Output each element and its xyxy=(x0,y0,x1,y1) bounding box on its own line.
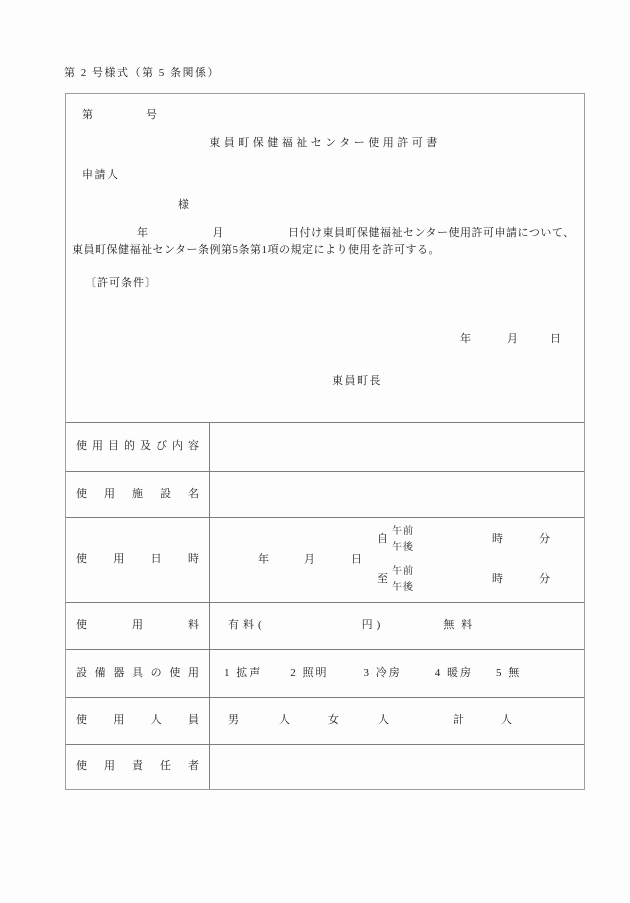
datetime-day: 日 xyxy=(351,553,362,565)
doc-number-line: 第号 xyxy=(82,109,158,122)
permit-paragraph: 年月日付け東員町保健福祉センター使用許可申請について、 東員町保健福祉センター条… xyxy=(72,225,580,259)
purpose-label: 使用目的及び内容 xyxy=(76,440,199,453)
people-female-unit: 人 xyxy=(378,714,389,727)
permit-box: 第号 東員町保健福祉センター使用許可書 申請人 様 年月日付け東員町保健福祉セン… xyxy=(65,93,585,790)
paragraph-line-2: 東員町保健福祉センター条例第5条第1項の規定により使用を許可する。 xyxy=(72,242,580,259)
equipment-option-2: 2 照明 xyxy=(290,667,328,680)
facility-label: 使用施設名 xyxy=(76,488,199,501)
people-male-unit: 人 xyxy=(279,714,290,727)
equipment-label: 設備器具の使用 xyxy=(76,667,199,680)
people-total-label: 計 xyxy=(453,714,464,727)
fee-value: 有料( 円) 無 料 xyxy=(210,603,584,649)
table-row-fee: 使用料 有料( 円) 無 料 xyxy=(66,602,584,649)
paragraph-line-1-text: 日付け東員町保健福祉センター使用許可申請について、 xyxy=(288,227,575,239)
paragraph-line-1: 年月日付け東員町保健福祉センター使用許可申請について、 xyxy=(72,225,580,242)
from-minute-label: 分 xyxy=(539,533,550,546)
doc-number-suffix: 号 xyxy=(146,109,158,121)
equipment-value: 1 拡声 2 照明 3 冷房 4 暖房 5 無 xyxy=(210,650,584,697)
to-hour-label: 時 xyxy=(492,573,503,586)
people-value: 男 人 女 人 計 人 xyxy=(210,698,584,744)
table-row-datetime: 使用日時 年月日 自 午前 午後 時 分 至 xyxy=(66,517,584,602)
equipment-option-4: 4 暖房 xyxy=(435,667,473,680)
table-row-equipment: 設備器具の使用 1 拡声 2 照明 3 冷房 4 暖房 5 無 xyxy=(66,649,584,697)
datetime-label: 使用日時 xyxy=(76,553,199,566)
equipment-option-3: 3 冷房 xyxy=(364,667,402,680)
to-minute-label: 分 xyxy=(539,573,550,586)
people-label: 使用人員 xyxy=(76,714,199,727)
fee-free-option: 無 料 xyxy=(443,619,474,632)
issue-date-line: 年月日 xyxy=(460,333,561,346)
blank-month: 月 xyxy=(213,227,225,239)
responsible-value xyxy=(210,745,584,789)
applicant-label: 申請人 xyxy=(82,169,120,182)
purpose-value xyxy=(210,423,584,471)
permit-document-page: 第 2 号様式（第 5 条関係） 第号 東員町保健福祉センター使用許可書 申請人… xyxy=(0,0,630,903)
to-marker: 至 xyxy=(377,573,388,586)
fee-label: 使用料 xyxy=(76,619,199,632)
datetime-month: 月 xyxy=(304,553,315,565)
issue-date-month: 月 xyxy=(507,333,518,345)
from-marker: 自 xyxy=(377,533,388,546)
from-pm: 午後 xyxy=(392,542,414,553)
to-ampm: 午前 午後 xyxy=(392,564,414,596)
datetime-year: 年 xyxy=(258,553,269,565)
datetime-date-blanks: 年月日 xyxy=(258,553,362,566)
datetime-value: 年月日 自 午前 午後 時 分 至 午前 xyxy=(210,518,584,602)
from-ampm: 午前 午後 xyxy=(392,524,414,556)
doc-number-prefix: 第 xyxy=(82,109,94,121)
to-pm: 午後 xyxy=(392,582,414,593)
issue-date-day: 日 xyxy=(550,333,561,345)
facility-value xyxy=(210,472,584,517)
table-row-facility: 使用施設名 xyxy=(66,471,584,517)
from-hour-label: 時 xyxy=(492,533,503,546)
table-row-people: 使用人員 男 人 女 人 計 人 xyxy=(66,697,584,744)
datetime-from-group: 自 午前 午後 時 分 xyxy=(377,524,550,556)
people-total-unit: 人 xyxy=(501,714,512,727)
issuer-mayor-label: 東員町長 xyxy=(332,375,382,388)
table-row-purpose: 使用目的及び内容 xyxy=(66,422,584,471)
applicant-honorific: 様 xyxy=(178,199,189,212)
permit-conditions-label: 〔許可条件〕 xyxy=(85,277,157,290)
table-row-responsible: 使用責任者 xyxy=(66,744,584,789)
equipment-option-1: 1 拡声 xyxy=(224,667,262,680)
responsible-label: 使用責任者 xyxy=(76,760,199,773)
people-female-label: 女 xyxy=(328,714,339,727)
to-am: 午前 xyxy=(392,566,414,577)
form-number-label: 第 2 号様式（第 5 条関係） xyxy=(64,67,220,80)
detail-table: 使用目的及び内容 使用施設名 使用日時 年月日 自 午前 xyxy=(66,422,584,789)
fee-paid-option: 有料( xyxy=(228,619,266,632)
blank-year: 年 xyxy=(137,227,149,239)
equipment-option-5: 5 無 xyxy=(496,667,521,680)
document-title: 東員町保健福祉センター使用許可書 xyxy=(66,137,584,150)
fee-yen-close: 円) xyxy=(362,619,385,632)
people-male-label: 男 xyxy=(228,714,239,727)
datetime-to-group: 至 午前 午後 時 分 xyxy=(377,564,550,596)
issue-date-year: 年 xyxy=(460,333,471,345)
from-am: 午前 xyxy=(392,526,414,537)
